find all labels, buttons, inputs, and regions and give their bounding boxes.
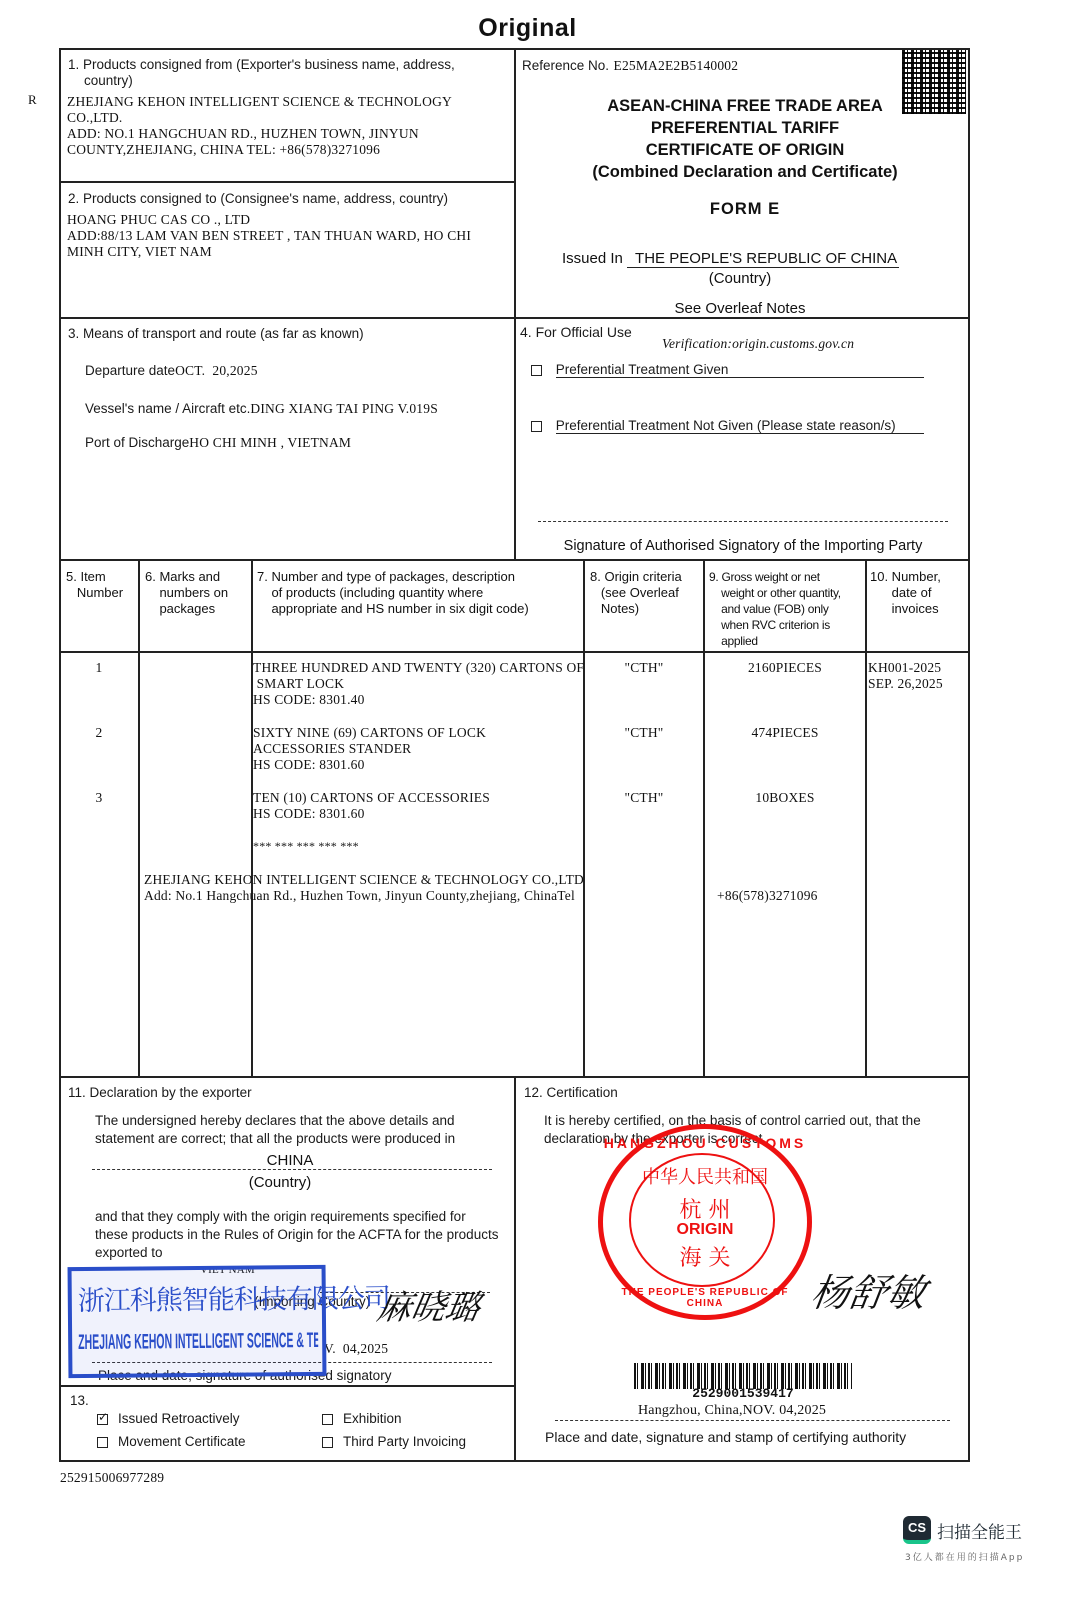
exporter-date-fragment: V. 04,2025 [324,1341,388,1357]
customs-stamp: HANGZHOU CUSTOMS 中华人民共和国 杭 州 ORIGIN 海 关 … [598,1124,812,1320]
produced-in-country: CHINA [90,1152,490,1169]
exporter-details: ZHEJIANG KEHON INTELLIGENT SCIENCE & TEC… [67,94,512,158]
row3-origin: "CTH" [585,790,703,806]
preferential-given-checkbox[interactable] [531,365,542,376]
row2-item: 2 [60,725,138,741]
box2-label: 2. Products consigned to (Consignee's na… [68,191,448,206]
issued-in: Issued In THE PEOPLE'S REPUBLIC OF CHINA [562,250,899,267]
movement-certificate-checkbox[interactable] [97,1437,108,1448]
port-of-discharge: Port of DischargeHO CHI MINH , VIETNAM [85,434,351,452]
header-item-number: 5. Item Number [66,569,123,601]
row2-origin: "CTH" [585,725,703,741]
vessel-name: Vessel's name / Aircraft etc.DING XIANG … [85,400,438,418]
option-third-party-invoicing[interactable]: Third Party Invoicing [322,1434,466,1449]
certifier-signature: 杨舒敏 [808,1262,930,1317]
row1-origin: "CTH" [585,660,703,676]
box4-label: 4. For Official Use [520,324,632,340]
certificate-heading: ASEAN-CHINA FREE TRADE AREA PREFERENTIAL… [520,95,970,183]
produced-in-line [92,1169,492,1170]
box1-label: 1. Products consigned from (Exporter's b… [68,57,508,89]
row3-description: TEN (10) CARTONS OF ACCESSORIES HS CODE:… [253,790,583,822]
preferential-not-given[interactable]: Preferential Treatment Not Given (Please… [531,418,924,434]
importer-signature-line [538,521,948,522]
barcode-number: 2529001539417 [634,1386,852,1401]
row1-invoice: KH001-2025 SEP. 26,2025 [868,660,943,692]
row1-quantity: 2160PIECES [705,660,865,676]
camscanner-watermark: CS 扫描全能王 3亿人都在用的扫描App [903,1516,1043,1566]
header-invoice: 10. Number, date of invoices [870,569,941,617]
consignee-details: HOANG PHUC CAS CO ., LTD ADD:88/13 LAM V… [67,212,512,260]
option-exhibition[interactable]: Exhibition [322,1411,402,1426]
document-title: Original [0,14,1055,43]
reference-number: Reference No. E25MA2E2B5140002 [522,57,738,75]
company-stamp: 浙江科熊智能科技有限公司 ZHEJIANG KEHON INTELLIGENT … [68,1265,327,1378]
box12-label: 12. Certification [524,1085,618,1100]
header-quantity: 9. Gross weight or net weight or other q… [709,569,841,649]
certifier-place-line [555,1420,950,1421]
box3-label: 3. Means of transport and route (as far … [68,326,364,341]
row2-quantity: 474PIECES [705,725,865,741]
row2-description: SIXTY NINE (69) CARTONS OF LOCK ACCESSOR… [253,725,583,773]
produced-in-caption: (Country) [90,1174,470,1191]
end-marker: *** *** *** *** *** [253,839,359,854]
option-movement-certificate[interactable]: Movement Certificate [97,1434,246,1449]
option-issued-retroactively[interactable]: Issued Retroactively [97,1411,240,1426]
header-marks: 6. Marks and numbers on packages [145,569,228,617]
third-party-invoicing-checkbox[interactable] [322,1437,333,1448]
certifier-caption: Place and date, signature and stamp of c… [545,1429,906,1445]
preferential-not-given-checkbox[interactable] [531,421,542,432]
verification-url: Verification:origin.customs.gov.cn [662,336,854,352]
footer-number: 252915006977289 [60,1470,164,1486]
row3-item: 3 [60,790,138,806]
side-mark: R [28,92,37,108]
header-description: 7. Number and type of packages, descript… [257,569,529,617]
importer-signature-caption: Signature of Authorised Signatory of the… [518,538,968,554]
box13-label: 13. [70,1393,89,1408]
departure-date: Departure dateOCT. 20,2025 [85,362,258,380]
box11-label: 11. Declaration by the exporter [68,1085,252,1100]
preferential-given[interactable]: Preferential Treatment Given [531,362,924,378]
exhibition-checkbox[interactable] [322,1414,333,1425]
form-type: FORM E [520,200,970,219]
issued-in-country: THE PEOPLE'S REPUBLIC OF CHINA [627,250,899,268]
certifier-place-date: Hangzhou, China,NOV. 04,2025 [638,1403,826,1419]
compliance-text: and that they comply with the origin req… [95,1208,500,1262]
header-origin: 8. Origin criteria (see Overleaf Notes) [590,569,682,617]
row1-item: 1 [60,660,138,676]
row3-quantity: 10BOXES [705,790,865,806]
manufacturer-phone: +86(578)3271096 [717,888,818,904]
row1-description: THREE HUNDRED AND TWENTY (320) CARTONS O… [253,660,583,708]
manufacturer-name: ZHEJIANG KEHON INTELLIGENT SCIENCE & TEC… [144,872,584,888]
overleaf-notes: See Overleaf Notes [640,300,840,317]
issued-country-caption: (Country) [640,270,840,287]
issued-retroactively-checkbox[interactable] [97,1414,108,1425]
manufacturer-address: Add: No.1 Hangchuan Rd., Huzhen Town, Ji… [144,888,575,904]
declaration-text: The undersigned hereby declares that the… [95,1112,500,1148]
camscanner-logo-icon: CS [903,1516,931,1544]
exporter-signature: 麻晓璐 [374,1280,485,1329]
